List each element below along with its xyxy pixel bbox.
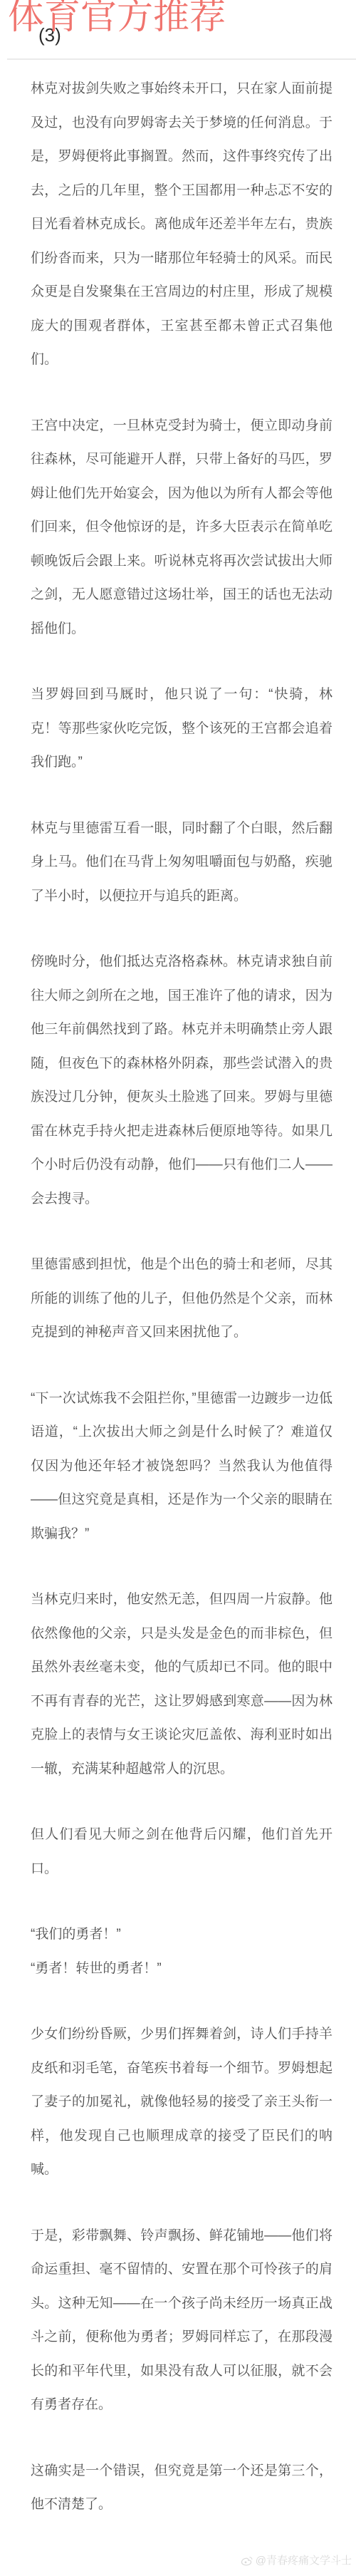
story-paragraph: 傍晚时分，他们抵达克洛格森林。林克请求独自前往大师之剑所在之地，国王准许了他的请… <box>31 945 333 1216</box>
story-body: 林克对拔剑失败之事始终未开口，只在家人面前提及过，也没有向罗姆寄去关于梦境的任何… <box>31 72 333 2554</box>
story-quote-line: “勇者！转世的勇者！” <box>31 1952 333 1986</box>
story-paragraph: “下一次试炼我不会阻拦你，”里德雷一边踱步一边低语道，“上次拔出大师之剑是什么时… <box>31 1382 333 1551</box>
watermark-handle: @青春疼痛文学斗士 <box>256 2554 352 2568</box>
story-paragraph: 这确实是一个错误，但究竟是第一个还是第三个，他不清楚了。 <box>31 2454 333 2522</box>
story-paragraph: 里德雷感到担忧，他是个出色的骑士和老师，尽其所能的训练了他的儿子，但他仍然是个父… <box>31 1248 333 1350</box>
watermark: @青春疼痛文学斗士 <box>241 2554 352 2568</box>
section-divider <box>7 58 356 60</box>
story-paragraph: 但人们看见大师之剑在他背后闪耀，他们首先开口。 <box>31 1818 333 1886</box>
story-paragraph: 林克与里德雷互看一眼，同时翻了个白眼，然后翻身上马。他们在马背上匆匆咀嚼面包与奶… <box>31 812 333 914</box>
story-paragraph: 于是，彩带飘舞、铃声飘扬、鲜花铺地——他们将命运重担、毫不留情的、安置在那个可怜… <box>31 2219 333 2422</box>
story-paragraph: 当林克归来时，他安然无恙，但四周一片寂静。他依然像他的父亲，只是头发是金色的而非… <box>31 1583 333 1786</box>
novel-reading-page: 体育官方推荐 (3) 林克对拔剑失败之事始终未开口，只在家人面前提及过，也没有向… <box>0 0 356 2576</box>
story-paragraph: 王宫中决定，一旦林克受封为骑士，便立即动身前往森林，尽可能避开人群，只带上备好的… <box>31 409 333 646</box>
story-quote-line: “我们的勇者！” <box>31 1918 333 1952</box>
promo-overlay-title: 体育官方推荐 <box>8 0 226 37</box>
story-paragraph: 当罗姆回到马厩时，他只说了一句：“快骑，林克！等那些家伙吃完饭，整个该死的王宫都… <box>31 678 333 780</box>
story-paragraph: 林克对拔剑失败之事始终未开口，只在家人面前提及过，也没有向罗姆寄去关于梦境的任何… <box>31 72 333 377</box>
story-paragraph: 少女们纷纷昏厥，少男们挥舞着剑，诗人们手持羊皮纸和羽毛笔，奋笔疾书着每一个细节。… <box>31 2017 333 2187</box>
weibo-icon <box>241 2556 253 2566</box>
